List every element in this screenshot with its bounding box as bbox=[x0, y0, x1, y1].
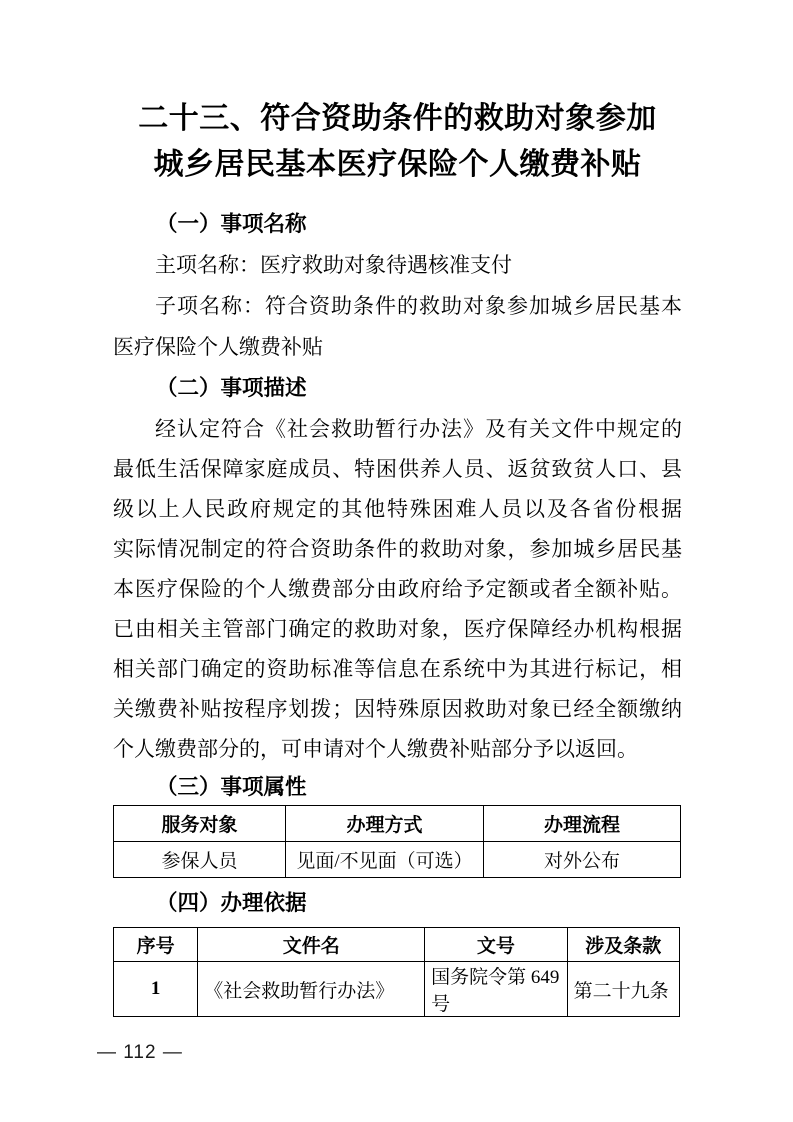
basis-cell-related-articles: 第二十九条 bbox=[567, 962, 679, 1017]
basis-cell-serial-number: 1 bbox=[114, 962, 198, 1017]
attributes-table-header-row: 服务对象 办理方式 办理流程 bbox=[114, 806, 681, 842]
legal-basis-table: 序号 文件名 文号 涉及条款 1 《社会救助暂行办法》 国务院令第 649 号 … bbox=[113, 927, 680, 1017]
page-content: 二十三、符合资助条件的救助对象参加城乡居民基本医疗保险个人缴费补贴 （一）事项名… bbox=[0, 0, 793, 1017]
document-page: 二十三、符合资助条件的救助对象参加城乡居民基本医疗保险个人缴费补贴 （一）事项名… bbox=[0, 0, 793, 1122]
basis-header-document-name: 文件名 bbox=[198, 928, 425, 962]
basis-header-related-articles: 涉及条款 bbox=[567, 928, 679, 962]
description-line-last: 个人缴费部分的，可申请对个人缴费补贴部分予以返回。 bbox=[113, 729, 682, 769]
description-line: 最低生活保障家庭成员、特困供养人员、返贫致贫人口、县 bbox=[113, 449, 682, 489]
description-paragraph: 经认定符合《社会救助暂行办法》及有关文件中规定的 最低生活保障家庭成员、特困供养… bbox=[113, 409, 682, 769]
document-title-line1: 二十三、符合资助条件的救助对象参加 bbox=[138, 102, 657, 135]
basis-cell-document-name: 《社会救助暂行办法》 bbox=[198, 962, 425, 1017]
description-line: 实际情况制定的符合资助条件的救助对象，参加城乡居民基 bbox=[113, 529, 682, 569]
basis-table-header-row: 序号 文件名 文号 涉及条款 bbox=[114, 928, 680, 962]
section-4-heading: （四）办理依据 bbox=[113, 886, 682, 920]
description-line: 已由相关主管部门确定的救助对象，医疗保障经办机构根据 bbox=[113, 609, 682, 649]
page-number: — 112 — bbox=[97, 1042, 183, 1064]
attributes-header-service-target: 服务对象 bbox=[114, 806, 286, 842]
basis-table-data-row: 1 《社会救助暂行办法》 国务院令第 649 号 第二十九条 bbox=[114, 962, 680, 1017]
description-line: 级以上人民政府规定的其他特殊困难人员以及各省份根据 bbox=[113, 489, 682, 529]
section-2-heading: （二）事项描述 bbox=[113, 368, 682, 409]
section-3-heading: （三）事项属性 bbox=[113, 769, 682, 805]
attributes-table-data-row: 参保人员 见面/不见面（可选） 对外公布 bbox=[114, 842, 681, 878]
document-title-line2: 城乡居民基本医疗保险个人缴费补贴 bbox=[154, 148, 642, 181]
attributes-cell-service-target: 参保人员 bbox=[114, 842, 286, 878]
description-line: 经认定符合《社会救助暂行办法》及有关文件中规定的 bbox=[113, 409, 682, 449]
main-item-name-line: 主项名称：医疗救助对象待遇核准支付 bbox=[113, 245, 682, 286]
attributes-header-handling-method: 办理方式 bbox=[286, 806, 484, 842]
sub-item-name-line: 子项名称：符合资助条件的救助对象参加城乡居民基本 bbox=[113, 286, 682, 327]
attributes-table: 服务对象 办理方式 办理流程 参保人员 见面/不见面（可选） 对外公布 bbox=[113, 805, 681, 878]
sub-item-name-wrap-line: 医疗保险个人缴费补贴 bbox=[113, 327, 682, 368]
section-1-heading: （一）事项名称 bbox=[113, 204, 682, 245]
attributes-cell-handling-process: 对外公布 bbox=[484, 842, 681, 878]
attributes-header-handling-process: 办理流程 bbox=[484, 806, 681, 842]
description-line: 相关部门确定的资助标准等信息在系统中为其进行标记，相 bbox=[113, 649, 682, 689]
attributes-cell-handling-method: 见面/不见面（可选） bbox=[286, 842, 484, 878]
description-line: 关缴费补贴按程序划拨；因特殊原因救助对象已经全额缴纳 bbox=[113, 689, 682, 729]
basis-cell-document-number: 国务院令第 649 号 bbox=[425, 962, 568, 1017]
document-title: 二十三、符合资助条件的救助对象参加城乡居民基本医疗保险个人缴费补贴 bbox=[113, 96, 682, 188]
basis-header-document-number: 文号 bbox=[425, 928, 568, 962]
description-line: 本医疗保险的个人缴费部分由政府给予定额或者全额补贴。 bbox=[113, 569, 682, 609]
basis-header-serial-number: 序号 bbox=[114, 928, 198, 962]
